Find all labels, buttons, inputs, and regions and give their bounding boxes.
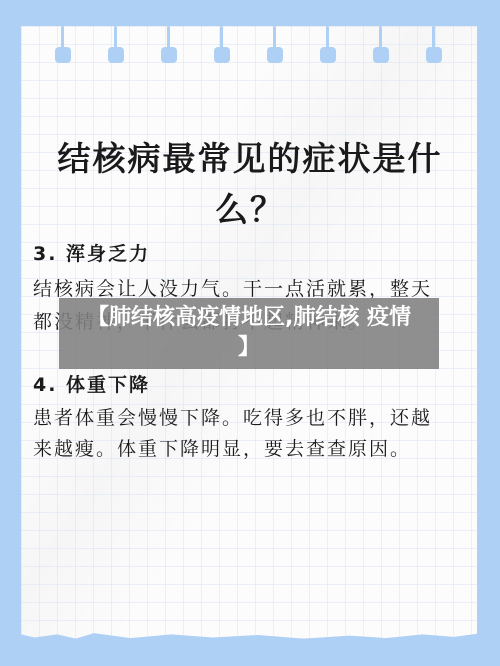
binder-ring-icon [108, 26, 126, 64]
binder-ring-icon [373, 26, 391, 64]
binder-ring-icon [267, 26, 285, 64]
caption-overlay: 【肺结核高疫情地区,肺结核 疫情 】 [59, 298, 439, 369]
section-body-line: 结核病会让人没力气。干一点活就累，整天 [33, 274, 432, 301]
binder-ring-icon [320, 26, 338, 64]
caption-text-end: 】 [59, 333, 439, 363]
section-body-line: 患者体重会慢慢下降。吃得多也不胖，还越 [33, 403, 432, 430]
page-title-line-1: 结核病最常见的症状是什 [20, 133, 480, 180]
binder-ring-icon [214, 26, 232, 64]
caption-text: 【肺结核高疫情地区,肺结核 疫情 [59, 303, 439, 333]
binder-ring-icon [426, 26, 444, 64]
section-heading-fatigue: 3. 浑身乏力 [33, 239, 150, 266]
page-title-line-2: 么？ [20, 184, 480, 231]
binder-ring-icon [161, 26, 179, 64]
section-heading-weight-loss: 4. 体重下降 [33, 370, 150, 397]
binder-ring-icon [55, 26, 73, 64]
section-body-line: 来越瘦。体重下降明显，要去查查原因。 [33, 434, 411, 461]
